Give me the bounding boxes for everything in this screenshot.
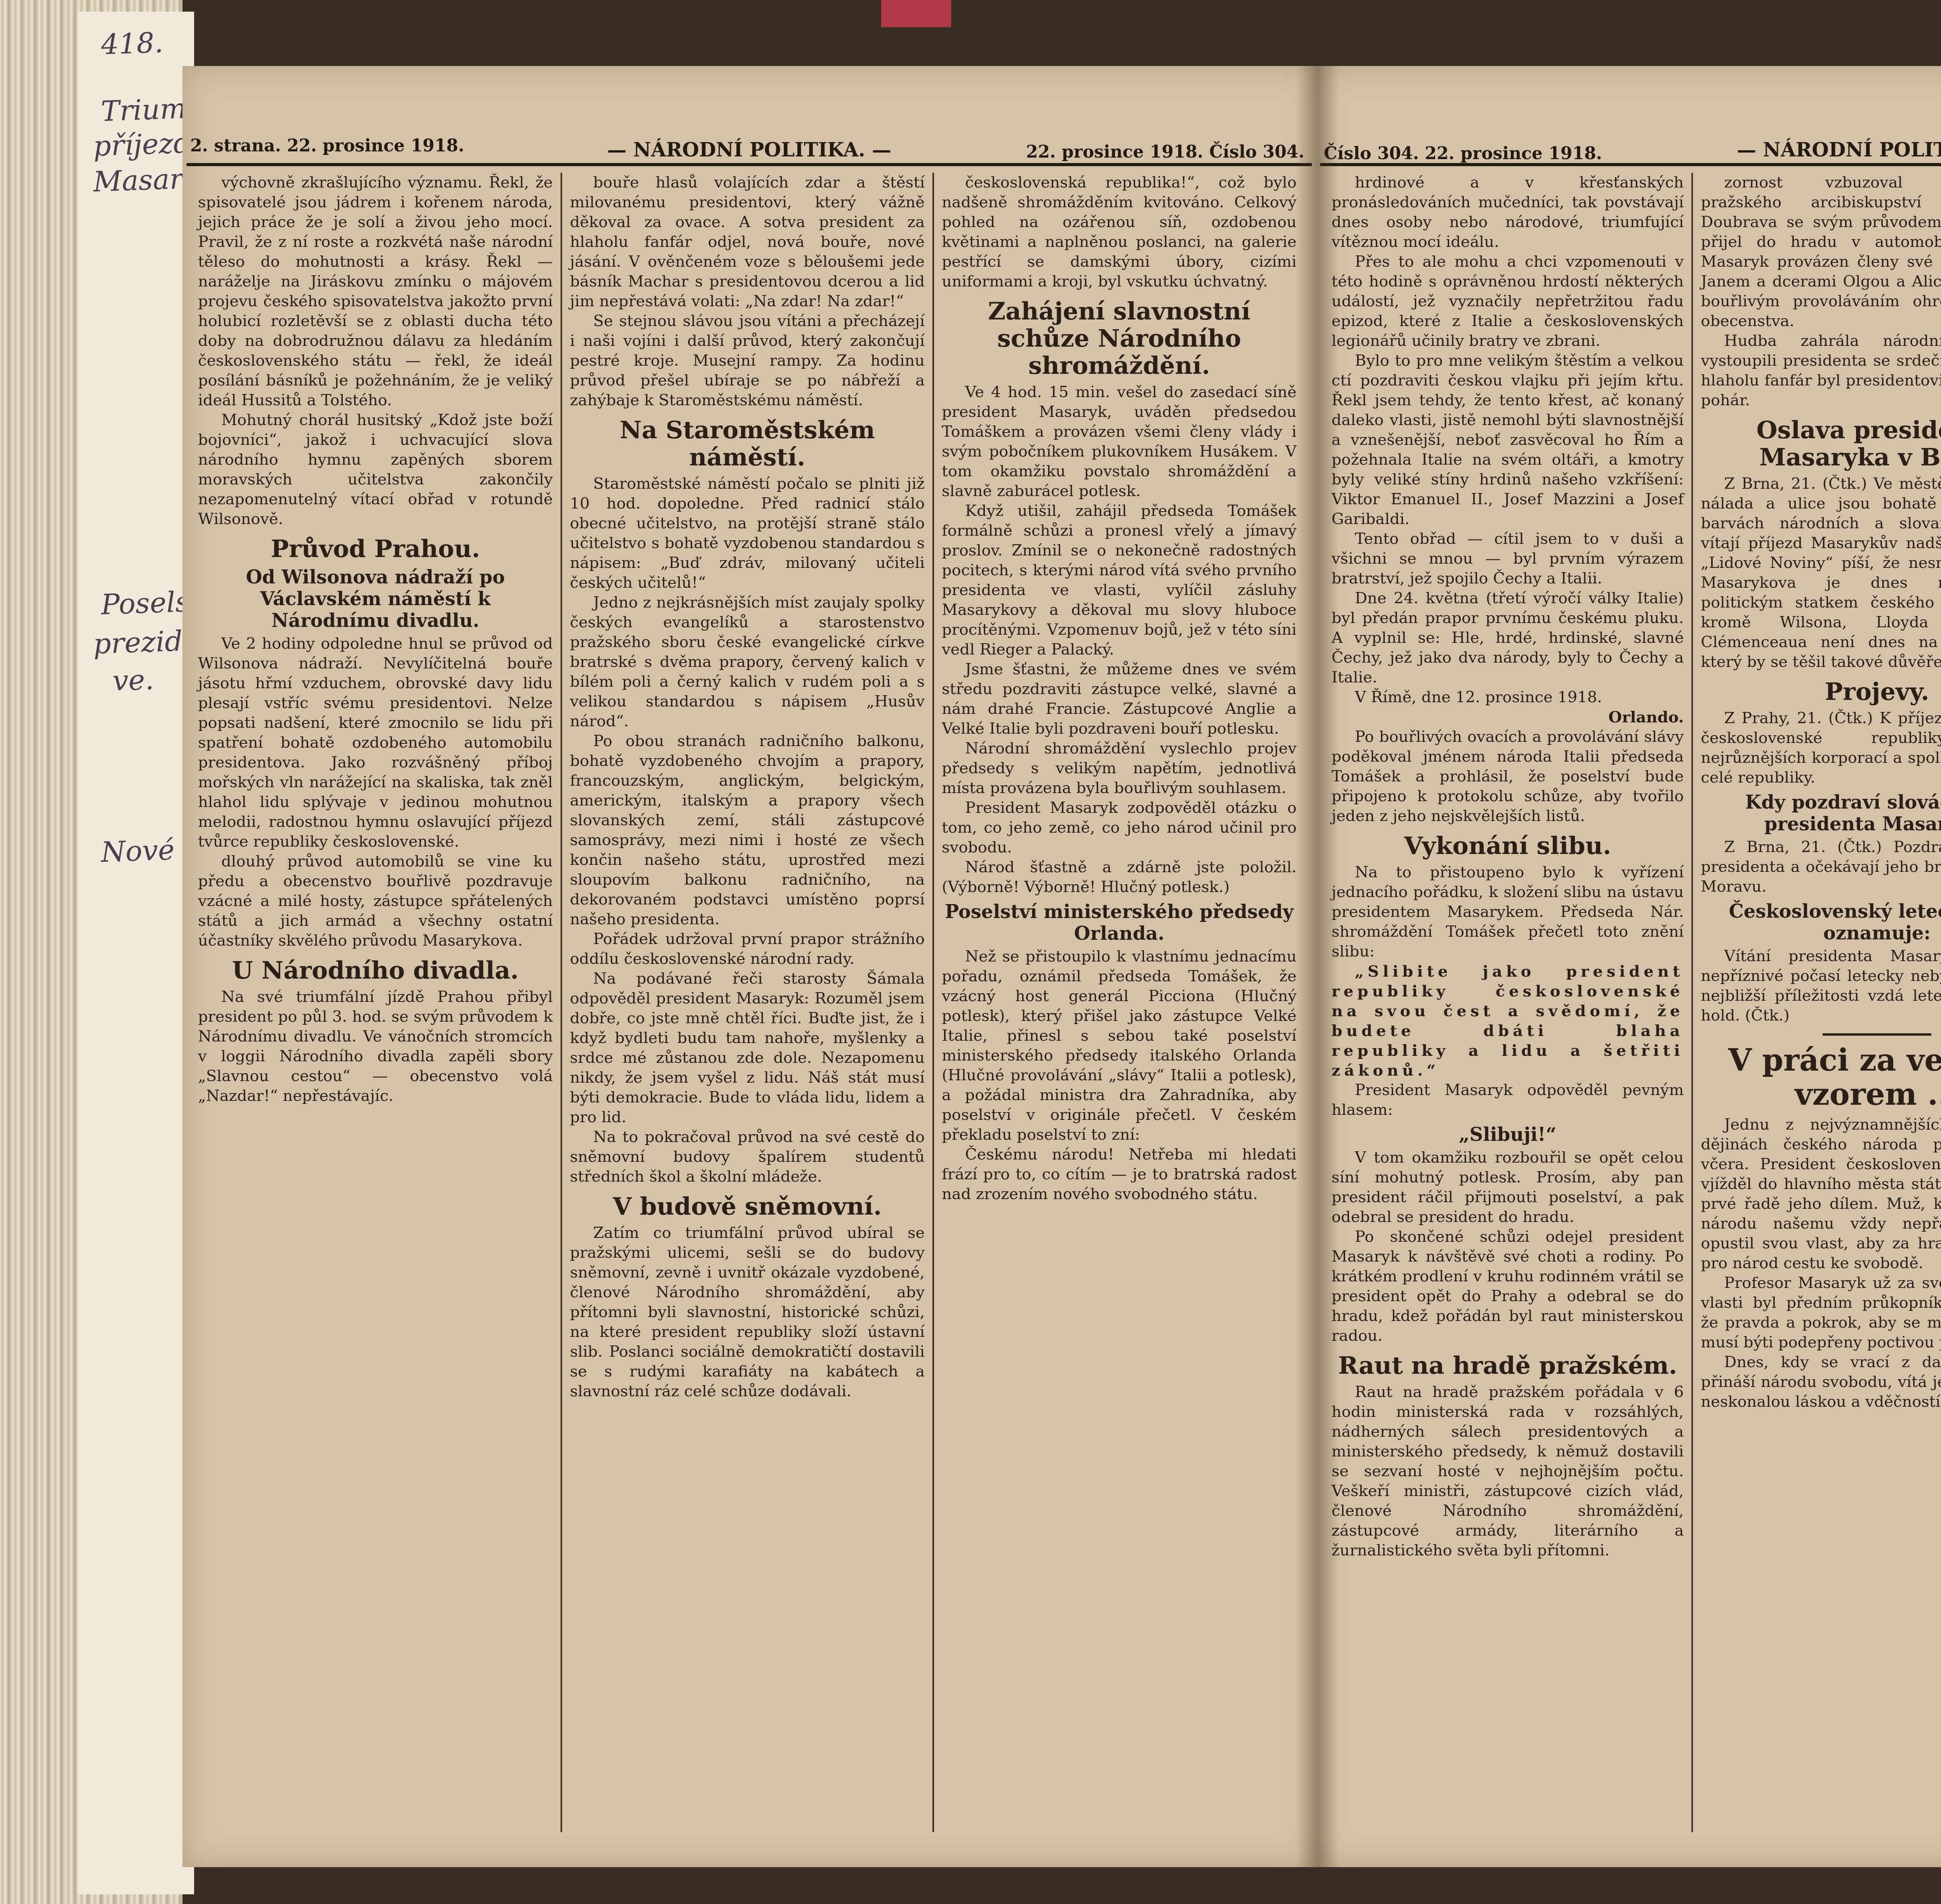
article-paragraph: Jedno z nejkrásnějších míst zaujaly spol… xyxy=(570,593,925,731)
newspaper-page-2: 2. strana. 22. prosince 1918. — NÁRODNÍ … xyxy=(182,66,1316,1867)
margin-page-number: 418. xyxy=(101,26,164,61)
section-subheading: Kdy pozdraví slovácký lid presidenta Mas… xyxy=(1701,791,1941,835)
section-heading: Raut na hradě pražském. xyxy=(1332,1352,1684,1379)
article-paragraph: Přes to ale mohu a chci vzpomenouti v té… xyxy=(1332,252,1684,351)
article-paragraph: Po obou stranách radničního balkonu, boh… xyxy=(570,731,925,929)
article-paragraph: hrdinové a v křesťanských pronásledování… xyxy=(1332,173,1684,252)
margin-note: příjezd xyxy=(93,127,192,163)
margin-note: ve. xyxy=(112,663,155,697)
margin-note: Nové xyxy=(101,833,175,869)
article-paragraph: bouře hlasů volajících zdar a štěstí mil… xyxy=(570,173,925,311)
newspaper-title: — NÁRODNÍ POLITIKA. — xyxy=(1316,138,1941,161)
section-heading: Oslava presidenta Masaryka v Brně. xyxy=(1701,417,1941,471)
section-heading: Vykonání slibu. xyxy=(1332,832,1684,859)
article-paragraph: V tom okamžiku rozbouřil se opět celou s… xyxy=(1332,1148,1684,1227)
section-heading: Na Staroměstském náměstí. xyxy=(570,417,925,471)
article-paragraph: Vítání presidenta Masaryka byl pro nepří… xyxy=(1701,946,1941,1026)
bookmark-ribbon xyxy=(881,0,951,27)
article-paragraph: výchovně zkrašlujícího významu. Řekl, že… xyxy=(198,173,553,410)
article-paragraph: President Masaryk odpověděl pevným hlase… xyxy=(1332,1080,1684,1120)
section-heading: Průvod Prahou. xyxy=(198,535,553,562)
article-paragraph: President Masaryk zodpověděl otázku o to… xyxy=(942,798,1297,857)
article-paragraph: Dne 24. května (třetí výročí války Itali… xyxy=(1332,588,1684,687)
oath-text: „Slibite jako president republiky českos… xyxy=(1332,962,1684,1080)
article-paragraph: Zatím co triumfální průvod ubíral se pra… xyxy=(570,1223,925,1401)
signature: Orlando. xyxy=(1332,707,1684,727)
column-1: výchovně zkrašlujícího významu. Řekl, že… xyxy=(190,173,562,1832)
article-paragraph: dlouhý průvod automobilů se vine ku před… xyxy=(198,852,553,951)
column-2: zornost vzbuzoval administrator pražskéh… xyxy=(1693,173,1941,1832)
article-paragraph: Pořádek udržoval první prapor strážního … xyxy=(570,929,925,969)
article-paragraph: Z Prahy, 21. (Čtk.) K příjezdu president… xyxy=(1701,708,1941,788)
section-subheading: Od Wilsonova nádraží po Václavském náměs… xyxy=(198,566,553,632)
handwritten-margin-sheet: 418. Triumf. příjezd Masaryka Poselství … xyxy=(78,12,194,1894)
header-issue-number: 22. prosince 1918. Číslo 304. xyxy=(1026,142,1304,162)
page-header: 2. strana. 22. prosince 1918. — NÁRODNÍ … xyxy=(182,132,1316,159)
article-paragraph: Na své triumfální jízdě Prahou přibyl pr… xyxy=(198,987,553,1106)
article-paragraph: zornost vzbuzoval administrator pražskéh… xyxy=(1701,173,1941,331)
section-heading: Zahájení slavnostní schůze Národního shr… xyxy=(942,298,1297,379)
column-3: československá republika!“, což bylo nad… xyxy=(934,173,1304,1832)
article-paragraph: Tento obřad — cítil jsem to v duši a vši… xyxy=(1332,529,1684,588)
column-1: hrdinové a v křesťanských pronásledování… xyxy=(1324,173,1693,1832)
article-paragraph: Mohutný chorál husitský „Kdož jste boží … xyxy=(198,410,553,529)
article-paragraph: Dnes, kdy se vrací z daleké ciziny a při… xyxy=(1701,1352,1941,1412)
article-paragraph: Na to pokračoval průvod na své cestě do … xyxy=(570,1127,925,1187)
section-heading: U Národního divadla. xyxy=(198,957,553,984)
article-paragraph: Jsme šťastni, že můžeme dnes ve svém stř… xyxy=(942,660,1297,739)
header-rule xyxy=(1320,163,1941,166)
section-heading: Projevy. xyxy=(1701,678,1941,705)
article-paragraph: Hudba zahrála národní hymny a vystoupili… xyxy=(1701,331,1941,410)
divider xyxy=(1823,1033,1931,1036)
article-paragraph: Než se přistoupilo k vlastnímu jednacímu… xyxy=(942,947,1297,1145)
article-paragraph: Ve 4 hod. 15 min. vešel do zasedací síně… xyxy=(942,382,1297,501)
article-paragraph: Na to přistoupeno bylo k vyřízení jednac… xyxy=(1332,863,1684,962)
book-gutter-shadow xyxy=(1297,66,1339,1867)
article-paragraph: Ve 2 hodiny odpoledne hnul se průvod od … xyxy=(198,634,553,852)
article-paragraph: Z Brna, 21. (Čtk.) Pozdravují nadšeně pr… xyxy=(1701,837,1941,897)
article-paragraph: Z Brna, 21. (Čtk.) Ve městě je slavnostn… xyxy=(1701,474,1941,672)
article-paragraph: Raut na hradě pražském pořádala v 6 hodi… xyxy=(1332,1382,1684,1560)
newspaper-page-3: Číslo 304. 22. prosince 1918. — NÁRODNÍ … xyxy=(1316,66,1941,1867)
article-paragraph: Národ šťastně a zdárně jste položil. (Vý… xyxy=(942,857,1297,897)
section-heading: Poselství ministerského předsedy Orlanda… xyxy=(942,901,1297,944)
article-paragraph: Když utišil, zahájil předseda Tomášek fo… xyxy=(942,501,1297,660)
column-2: bouře hlasů volajících zdar a štěstí mil… xyxy=(562,173,934,1832)
article-paragraph: Jednu z nejvýznamnějších událostí v ději… xyxy=(1701,1115,1941,1273)
article-paragraph: Profesor Masaryk už za svého pobytu ve v… xyxy=(1701,1273,1941,1352)
editorial-heading: V práci za velkým vzorem ... xyxy=(1701,1043,1941,1112)
oath-answer: „Slibuji!“ xyxy=(1332,1124,1684,1146)
article-paragraph: československá republika!“, což bylo nad… xyxy=(942,173,1297,292)
section-subheading: Československý letecký sbor oznamuje: xyxy=(1701,901,1941,944)
article-paragraph: Českému národu! Netřeba mi hledati frází… xyxy=(942,1145,1297,1204)
article-paragraph: Po bouřlivých ovacích a provolávání sláv… xyxy=(1332,727,1684,826)
article-paragraph: Se stejnou slávou jsou vítáni a přecháze… xyxy=(570,311,925,410)
dateline: V Římě, dne 12. prosince 1918. xyxy=(1332,687,1684,707)
article-paragraph: Na podávané řeči starosty Šámala odpověd… xyxy=(570,969,925,1127)
article-paragraph: Staroměstské náměstí počalo se plniti ji… xyxy=(570,474,925,593)
section-heading: V budově sněmovní. xyxy=(570,1193,925,1220)
article-paragraph: Po skončené schůzi odejel president Masa… xyxy=(1332,1227,1684,1346)
article-paragraph: Národní shromáždění vyslechlo projev pře… xyxy=(942,739,1297,798)
page-header: Číslo 304. 22. prosince 1918. — NÁRODNÍ … xyxy=(1316,132,1941,159)
article-paragraph: Bylo to pro mne velikým štěstím a velkou… xyxy=(1332,351,1684,529)
header-rule xyxy=(186,163,1312,166)
